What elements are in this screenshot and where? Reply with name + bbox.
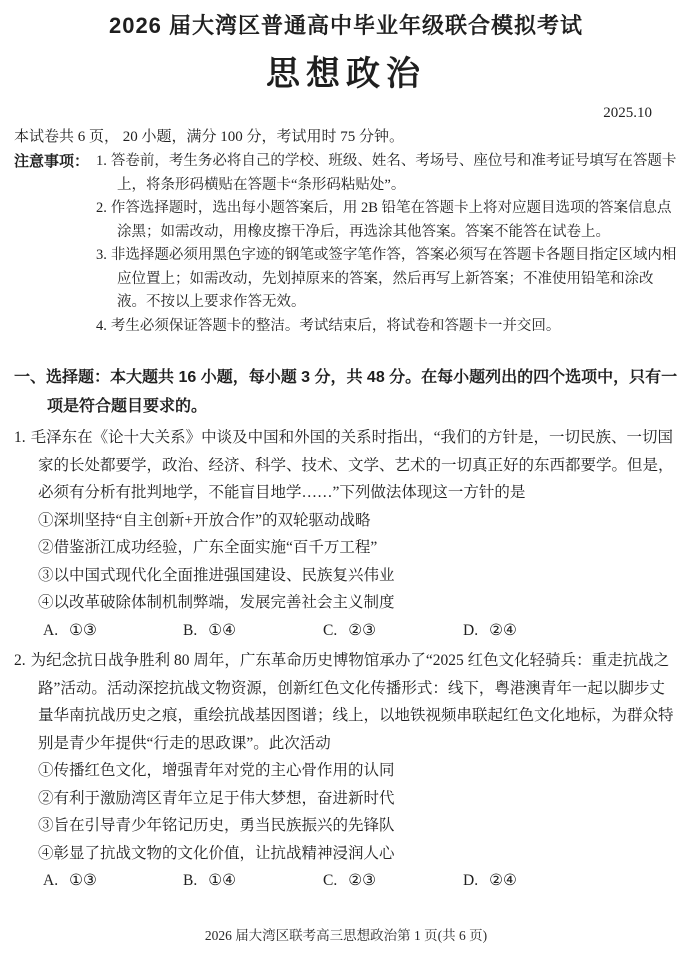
- notice-text: 非选择题必须用黑色字迹的钢笔或签字笔作答，答案必须写在答题卡各题目指定区域内相应…: [111, 247, 677, 310]
- exam-info-line: 本试卷共 6 页， 20 小题，满分 100 分，考试用时 75 分钟。: [14, 126, 678, 148]
- notice-text: 作答选择题时，选出每小题答案后，用 2B 铅笔在答题卡上将对应题目选项的答案信息…: [111, 200, 672, 240]
- notice-number: 3.: [96, 247, 111, 263]
- option-d: D.②④: [463, 617, 517, 645]
- notice-text: 答卷前，考生务必将自己的学校、班级、姓名、考场号、座位号和准考证号填写在答题卡上…: [111, 153, 677, 193]
- statement-2: ②有利于激励湾区青年立足于伟大梦想，奋进新时代: [14, 785, 678, 813]
- option-value: ②③: [348, 872, 376, 889]
- option-label: D.: [463, 872, 478, 889]
- notice-text: 考生必须保证答题卡的整洁。考试结束后，将试卷和答题卡一并交回。: [111, 318, 561, 334]
- option-value: ②④: [489, 622, 517, 639]
- notice-number: 1.: [96, 153, 111, 169]
- exam-date: 2025.10: [14, 104, 678, 122]
- statement-3: ③旨在引导青少年铭记历史，勇当民族振兴的先锋队: [14, 812, 678, 840]
- notices-section: 注意事项： 1.答卷前，考生务必将自己的学校、班级、姓名、考场号、座位号和准考证…: [14, 150, 678, 338]
- option-c: C.②③: [323, 867, 463, 895]
- option-value: ①④: [208, 872, 236, 889]
- statement-2: ②借鉴浙江成功经验，广东全面实施“百千万工程”: [14, 534, 678, 562]
- option-a: A.①③: [43, 617, 183, 645]
- option-c: C.②③: [323, 617, 463, 645]
- statement-4: ④彰显了抗战文物的文化价值，让抗战精神浸润人心: [14, 840, 678, 868]
- option-value: ①④: [208, 622, 236, 639]
- question-1: 1.毛泽东在《论十大关系》中谈及中国和外国的关系时指出，“我们的方针是，一切民族…: [14, 424, 678, 644]
- option-label: D.: [463, 622, 478, 639]
- exam-title: 2026 届大湾区普通高中毕业年级联合模拟考试: [14, 12, 678, 40]
- option-label: B.: [183, 622, 197, 639]
- option-label: A.: [43, 622, 58, 639]
- statement-1: ①深圳坚持“自主创新+开放合作”的双轮驱动战略: [14, 507, 678, 535]
- option-value: ②③: [348, 622, 376, 639]
- option-label: A.: [43, 872, 58, 889]
- notice-item-4: 4.考生必须保证答题卡的整洁。考试结束后，将试卷和答题卡一并交回。: [96, 315, 678, 339]
- notice-item-1: 1.答卷前，考生务必将自己的学校、班级、姓名、考场号、座位号和准考证号填写在答题…: [96, 150, 678, 197]
- option-a: A.①③: [43, 867, 183, 895]
- question-2: 2.为纪念抗日战争胜利 80 周年，广东革命历史博物馆承办了“2025 红色文化…: [14, 647, 678, 895]
- statement-1: ①传播红色文化，增强青年对党的主心骨作用的认同: [14, 757, 678, 785]
- question-stem: 2.为纪念抗日战争胜利 80 周年，广东革命历史博物馆承办了“2025 红色文化…: [14, 647, 678, 757]
- option-label: B.: [183, 872, 197, 889]
- page-footer: 2026 届大湾区联考高三思想政治第 1 页(共 6 页): [14, 927, 678, 944]
- notice-item-2: 2.作答选择题时，选出每小题答案后，用 2B 铅笔在答题卡上将对应题目选项的答案…: [96, 197, 678, 244]
- question-number: 2.: [14, 652, 31, 669]
- question-number: 1.: [14, 429, 31, 446]
- options-row: A.①③ B.①④ C.②③ D.②④: [14, 617, 678, 645]
- question-stem-text: 为纪念抗日战争胜利 80 周年，广东革命历史博物馆承办了“2025 红色文化轻骑…: [31, 652, 674, 752]
- option-d: D.②④: [463, 867, 517, 895]
- section-header-multiple-choice: 一、选择题：本大题共 16 小题，每小题 3 分，共 48 分。在每小题列出的四…: [14, 363, 678, 421]
- notice-item-3: 3.非选择题必须用黑色字迹的钢笔或签字笔作答，答案必须写在答题卡各题目指定区域内…: [96, 244, 678, 315]
- notice-number: 2.: [96, 200, 111, 216]
- option-b: B.①④: [183, 867, 323, 895]
- options-row: A.①③ B.①④ C.②③ D.②④: [14, 867, 678, 895]
- option-value: ①③: [69, 872, 97, 889]
- exam-paper-page: 2026 届大湾区普通高中毕业年级联合模拟考试 思想政治 2025.10 本试卷…: [0, 0, 692, 962]
- option-b: B.①④: [183, 617, 323, 645]
- notice-number: 4.: [96, 318, 111, 334]
- statement-4: ④以改革破除体制机制弊端，发展完善社会主义制度: [14, 589, 678, 617]
- statement-3: ③以中国式现代化全面推进强国建设、民族复兴伟业: [14, 562, 678, 590]
- notices-label: 注意事项：: [14, 150, 89, 174]
- option-label: C.: [323, 622, 337, 639]
- question-stem-text: 毛泽东在《论十大关系》中谈及中国和外国的关系时指出，“我们的方针是，一切民族、一…: [31, 429, 674, 501]
- option-label: C.: [323, 872, 337, 889]
- option-value: ②④: [489, 872, 517, 889]
- question-stem: 1.毛泽东在《论十大关系》中谈及中国和外国的关系时指出，“我们的方针是，一切民族…: [14, 424, 678, 507]
- exam-subject: 思想政治: [14, 54, 678, 94]
- option-value: ①③: [69, 622, 97, 639]
